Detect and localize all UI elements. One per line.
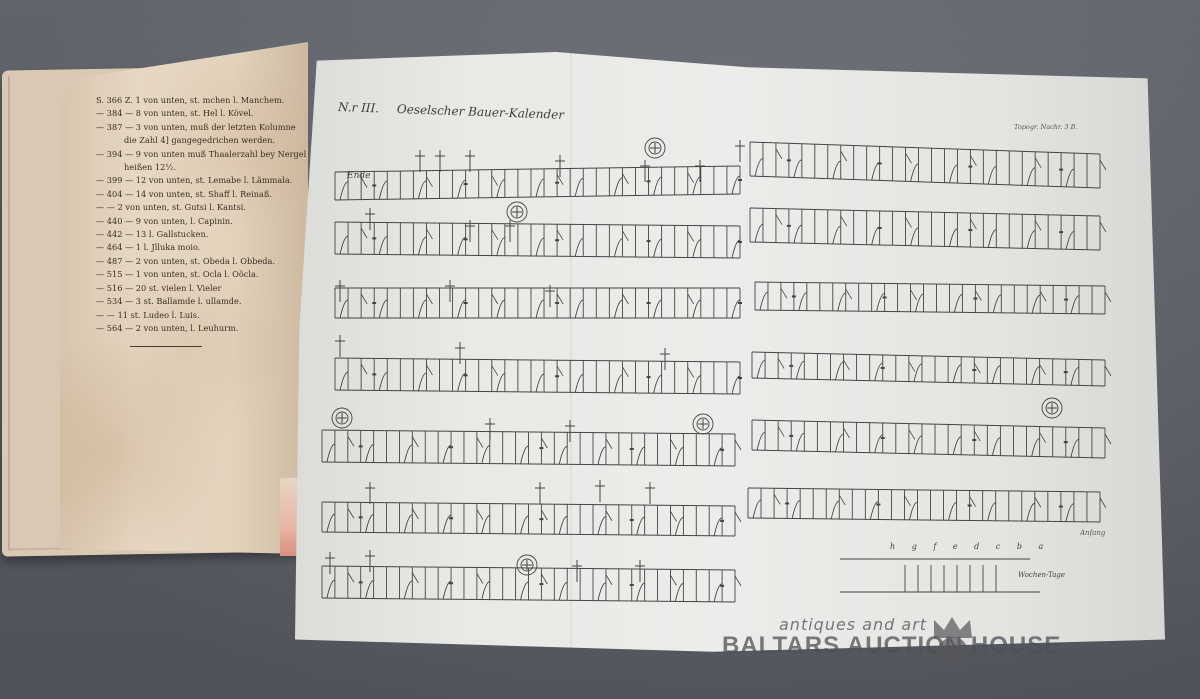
runic-calendar-staves bbox=[0, 0, 1200, 699]
label-end: Ende bbox=[347, 171, 370, 181]
plate-reference: Topogr. Nachr. 3 B. bbox=[1014, 123, 1077, 131]
label-weekdays: Wochen-Tage bbox=[1018, 571, 1065, 579]
label-start: Anfang bbox=[1080, 529, 1105, 537]
weekday-letters: h g f e d c b a bbox=[890, 542, 1050, 551]
plate-number: N.r III. bbox=[338, 100, 380, 115]
watermark-brand: BALTARS AUCTION HOUSE bbox=[722, 632, 1061, 660]
